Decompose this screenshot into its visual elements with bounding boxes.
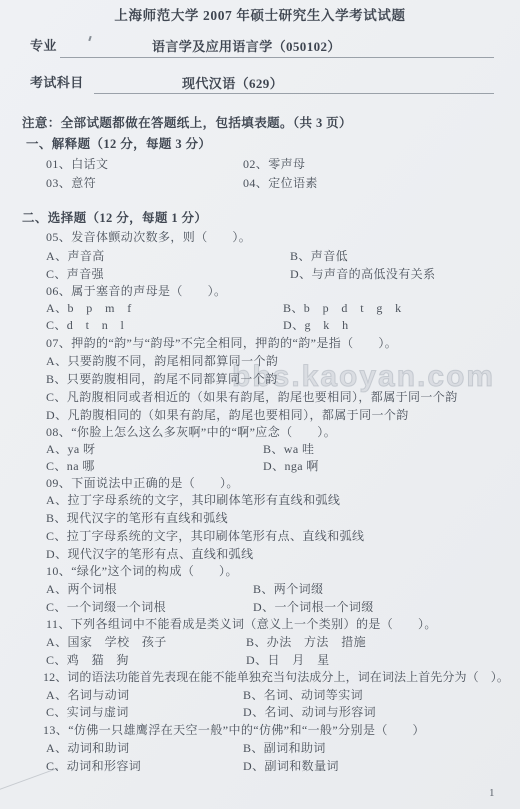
section-1-heading: 一、解释题（12 分，每题 3 分） bbox=[26, 137, 211, 151]
question-07-stem: 07、押韵的“韵”与“韵母”不完全相同，押韵的“韵”是指（ ）。 bbox=[46, 336, 397, 350]
major-field-label: 专业 bbox=[30, 39, 57, 53]
question-06-option-d: D、g k h bbox=[283, 318, 348, 332]
question-09-option-c: C、拉丁字母系统的文字，其印刷体笔形有点、直线和弧线 bbox=[46, 529, 364, 543]
question-06-option-b: B、b p d t g k bbox=[283, 301, 402, 315]
subject-field-underline bbox=[94, 93, 494, 94]
question-11-option-b: B、办法 方法 措施 bbox=[246, 635, 366, 649]
question-08-option-c: C、na 哪 bbox=[46, 459, 95, 473]
question-06-stem: 06、属于塞音的声母是（ ）。 bbox=[46, 284, 226, 298]
question-07-option-a: A、只要韵腹不同，韵尾相同都算同一个韵 bbox=[46, 354, 278, 368]
subject-field-label: 考试科目 bbox=[30, 76, 84, 90]
question-10-stem: 10、“绿化”这个词的构成（ ）。 bbox=[46, 564, 238, 578]
question-10-option-c: C、一个词缀一个词根 bbox=[46, 600, 166, 614]
question-12-option-a: A、名词与动词 bbox=[46, 688, 129, 702]
question-06-option-a: A、b p m f bbox=[46, 301, 132, 315]
question-08-option-b: B、wa 哇 bbox=[263, 442, 314, 456]
question-11-option-c: C、鸡 猫 狗 bbox=[46, 653, 129, 667]
question-09-option-b: B、现代汉字的笔形有直线和弧线 bbox=[46, 511, 228, 525]
notice-text: 注意：全部试题都做在答题纸上，包括填表题。（共 3 页） bbox=[22, 116, 352, 130]
question-13-option-a: A、动词和助词 bbox=[46, 741, 129, 755]
question-06-option-c: C、d t n l bbox=[46, 318, 124, 332]
question-08-option-d: D、nga 啊 bbox=[263, 459, 319, 473]
exam-paper-page: bbs.kaoyan.com 上海师范大学 2007 年硕士研究生入学考试试题 … bbox=[0, 0, 520, 809]
major-field-value: 语言学及应用语言学（050102） bbox=[152, 40, 341, 54]
question-13-option-d: D、副词和数量词 bbox=[243, 759, 339, 773]
question-13-option-b: B、副词和助词 bbox=[243, 741, 326, 755]
exam-title: 上海师范大学 2007 年硕士研究生入学考试试题 bbox=[0, 9, 520, 23]
question-08-stem: 08、“你脸上怎么这么多灰啊”中的“啊”应念（ ）。 bbox=[46, 425, 336, 439]
question-13-option-c: C、动词和形容词 bbox=[46, 759, 141, 773]
question-10-option-d: D、一个词根一个词缀 bbox=[253, 600, 374, 614]
question-11-option-d: D、日 月 星 bbox=[246, 653, 329, 667]
question-07-option-b: B、只要韵腹相同，韵尾不同都算同一个韵 bbox=[46, 372, 278, 386]
question-07-option-c: C、凡韵腹相同或者相近的（如果有韵尾，韵尾也要相同），都属于同一个韵 bbox=[46, 390, 458, 404]
question-10-option-b: B、两个词缀 bbox=[253, 582, 323, 596]
question-12-option-b: B、名词、动词等实词 bbox=[243, 688, 363, 702]
major-field-underline bbox=[60, 57, 494, 58]
subject-field-value: 现代汉语（629） bbox=[182, 77, 283, 91]
question-05-option-c: C、声音强 bbox=[46, 267, 104, 281]
question-05-option-d: D、与声音的高低没有关系 bbox=[290, 267, 435, 281]
question-07-option-d: D、凡韵腹相同的（如果有韵尾，韵尾也要相同），都属于同一个韵 bbox=[46, 408, 409, 422]
question-11-stem: 11、下列各组词中不能看成是类义词（意义上一个类别）的是（ ）。 bbox=[46, 617, 437, 631]
term-item-02: 02、零声母 bbox=[243, 157, 305, 171]
question-12-option-d: D、名词、动词与形容词 bbox=[243, 705, 376, 719]
question-11-option-a: A、国家 学校 孩子 bbox=[46, 635, 167, 649]
question-05-option-b: B、声音低 bbox=[290, 249, 348, 263]
question-09-stem: 09、下面说法中正确的是（ ）。 bbox=[46, 476, 239, 490]
page-number: 1 bbox=[489, 786, 495, 800]
term-item-03: 03、意符 bbox=[46, 176, 96, 190]
question-08-option-a: A、ya 呀 bbox=[46, 442, 95, 456]
question-09-option-a: A、拉丁字母系统的文字，其印刷体笔形有直线和弧线 bbox=[46, 493, 340, 507]
question-05-stem: 05、发音体颤动次数多，则（ ）。 bbox=[46, 230, 251, 244]
question-12-stem: 12、词的语法功能首先表现在能不能单独充当句法成分上，词在词法上首先分为（ ）。 bbox=[43, 670, 509, 684]
question-10-option-a: A、两个词根 bbox=[46, 582, 117, 596]
question-13-stem: 13、“仿佛一只雄鹰浮在天空一般”中的“仿佛”和“一般”分别是（ ） bbox=[43, 723, 425, 737]
question-12-option-c: C、实词与虚词 bbox=[46, 705, 129, 719]
question-09-option-d: D、现代汉字的笔形有点、直线和弧线 bbox=[46, 547, 253, 561]
term-item-01: 01、白话文 bbox=[46, 157, 108, 171]
stray-mark bbox=[88, 36, 91, 41]
term-item-04: 04、定位语素 bbox=[243, 176, 318, 190]
question-05-option-a: A、声音高 bbox=[46, 249, 105, 263]
section-2-heading: 二、选择题（12 分，每题 1 分） bbox=[22, 211, 207, 225]
